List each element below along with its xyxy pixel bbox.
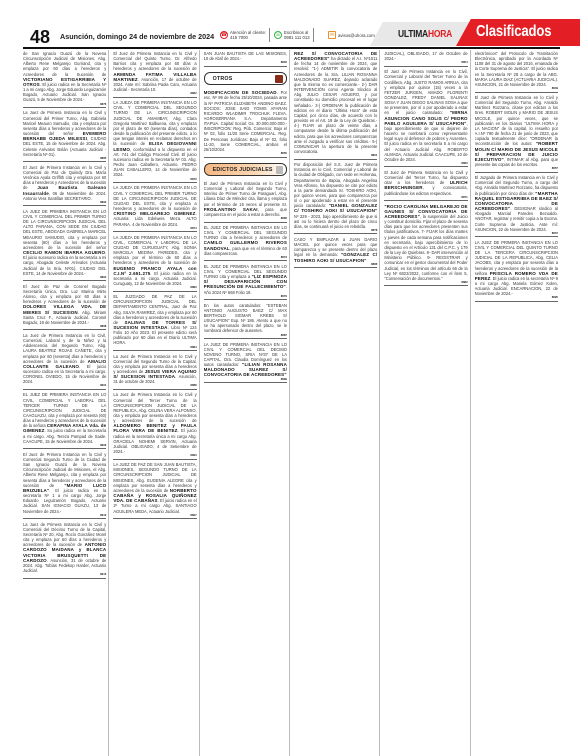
- ad-code: 8895: [475, 296, 558, 299]
- classified-ad: La Juez de Primera Instancia en lo Civil…: [23, 109, 106, 162]
- section-header: EDICTOS JUDICIALES: [204, 163, 287, 176]
- ad-code: 8901: [23, 384, 106, 387]
- classifieds-columns: de San Ignacio Guazú de la Novena Circun…: [23, 50, 560, 756]
- ad-code: 8888: [113, 384, 196, 387]
- ad-code: 8873: [204, 256, 287, 259]
- column-6: electrónicos" del Protocolo de Tramitaci…: [475, 50, 560, 756]
- ad-code: 8910: [23, 514, 106, 517]
- ad-body-tail: Nº 329 - 2023, bajo apercibimiento de qu…: [294, 214, 377, 229]
- ad-body-tail: . Por esc. Nº 99 de fecha 25/10/2024, pa…: [204, 90, 287, 152]
- classified-ad: electrónicos" del Protocolo de Tramitaci…: [475, 50, 558, 93]
- classified-ad: El Juez de Primera Instancia en lo Civil…: [384, 169, 467, 201]
- ad-code: 8915: [23, 573, 106, 576]
- ad-code: 8866: [204, 217, 287, 220]
- ad-body: El Juez de Primera Instancia en lo Civil…: [384, 69, 467, 115]
- ad-code: 8898: [23, 325, 106, 328]
- classified-ad: SAN JUAN BAUTISTA DE LAS MISIONES, 10 de…: [204, 50, 287, 67]
- mail-icon: ✉: [328, 31, 336, 39]
- section-icon: [276, 166, 283, 174]
- classified-ad: JUDICIAL), OBLIGADO, 17 de Octubre de 20…: [384, 50, 467, 67]
- ad-code: 8876: [23, 103, 106, 106]
- contact-email-value: avisos@uhora.com.py: [338, 33, 381, 38]
- ad-code: 8886: [294, 263, 377, 266]
- classified-ad: EL JUEZ DE PRIMERA INSTANCIA EN LO CIVIL…: [23, 391, 106, 449]
- classified-ad: LA JUEZA DE PRIMERA INSTANCIA EN LO CIVI…: [113, 234, 196, 292]
- ad-code: 8871: [384, 196, 467, 199]
- classified-ad: LA JUEZ DE PRIMERA INSTANCIA EN LO CIVIL…: [475, 239, 558, 302]
- classified-ad: EL JUZGADO DE PAZ DE LA CIRCUNSCRIPCION …: [113, 293, 196, 351]
- ad-body: En los autos caratulados: "ESTEBAN ANTON…: [204, 303, 287, 334]
- ad-body: SAN JUAN BAUTISTA DE LAS MISIONES, 10 de…: [204, 51, 287, 61]
- publication-date: Asunción, domingo 24 de noviembre de 202…: [60, 32, 214, 41]
- classified-ad: EL JUEZ DE PRIMERA INSTANCIA EN LO CIVIL…: [204, 224, 287, 261]
- classified-ad: LA JUEZ DE PRIMERA INSTANCIA EN LO CIVIL…: [23, 208, 106, 281]
- ad-code: 8887: [204, 334, 287, 337]
- ad-code: 8880: [113, 286, 196, 289]
- section-icon: [275, 75, 283, 83]
- classified-ad: de San Ignacio Guazú de la Novena Circun…: [23, 50, 106, 108]
- ad-body: El Juez de Primera Instancia en lo Civil…: [113, 51, 196, 71]
- classified-ad: En los autos caratulados: "ESTEBAN ANTON…: [204, 302, 287, 339]
- brand-left: ULTIMA: [398, 29, 428, 40]
- contact-whatsapp-value: 0981 111 013: [284, 35, 310, 40]
- classified-ad: "ROCIO CAROLINA MELGAREJO DE GAUNES S/ C…: [384, 203, 467, 287]
- classified-ad: El Juez de Primera Instancia en lo Civil…: [113, 50, 196, 98]
- section-label: EDICTOS JUDICIALES: [213, 167, 273, 173]
- column-5: JUDICIAL), OBLIGADO, 17 de Octubre de 20…: [384, 50, 470, 756]
- ad-body: de San Ignacio Guazú de la Novena Circun…: [23, 51, 106, 77]
- section-label: OTROS: [213, 76, 233, 82]
- brand-logo: ULTIMAHORA: [398, 29, 452, 40]
- ad-body: EL JUEZ DE PRIMERA INSTANCIA EN LO CIVIL…: [204, 225, 287, 240]
- column-1: de San Ignacio Guazú de la Novena Circun…: [23, 50, 109, 756]
- classified-ad: La Juez de Primera Instancia en lo Civil…: [23, 332, 106, 390]
- ad-body-tail: ha dictado el A.I. Nº1011 de fecha 14 de…: [294, 56, 377, 154]
- classified-ad: CASO Y EMPLAZAR a JUAN DARIO MACIEL por …: [294, 236, 377, 268]
- classified-ad: El Juez de Primera Instancia en lo Civil…: [475, 94, 558, 173]
- ad-body: El Juez de Paz de Coronel Bogado Secreta…: [23, 284, 106, 304]
- contact-phone-value: 415 7000: [230, 35, 248, 40]
- classified-ad: El Juez de Primera Instancia en lo Civil…: [204, 180, 287, 223]
- page-header: 48 Asunción, domingo 24 de noviembre de …: [0, 0, 580, 46]
- classified-ad: LA JUEZ DE PAZ DE SAN JUAN BAUTISTA, MIS…: [113, 461, 196, 519]
- section-header: OTROS: [204, 72, 287, 85]
- ad-code: 8885: [23, 157, 106, 160]
- ad-body-tail: , la suspensión del Juicio y constituir …: [384, 214, 467, 281]
- ad-body: JUDICIAL), OBLIGADO, 17 de Octubre de 20…: [384, 51, 467, 61]
- contact-whatsapp: ☏ Escribinos al0981 111 013: [274, 28, 314, 42]
- ad-body: LA JUEZ DE PRIMERA INSTANCIA EN LO CIVIL…: [23, 209, 106, 250]
- ad-code: 8863: [384, 162, 467, 165]
- section-title: Clasificados: [476, 23, 551, 41]
- classified-ad: La Juez de Primera Instancia en lo Civil…: [113, 353, 196, 390]
- ad-code: 8849: [475, 87, 558, 90]
- ad-code: 8861: [294, 154, 377, 157]
- classified-ad: El Juez de Paz de Coronel Bogado Secreta…: [23, 283, 106, 331]
- classified-ad: El Juez de Primera Instancia en lo Civil…: [23, 164, 106, 207]
- ad-body: El Juez de Primera Instancia en lo Civil…: [204, 181, 287, 207]
- ad-code: 8802: [204, 61, 287, 64]
- ad-body-tail: , bajo apercibimiento de que si dejaren …: [384, 121, 467, 162]
- ad-code: 8854: [384, 61, 467, 64]
- ad-code: 8857: [475, 167, 558, 170]
- ad-code: 8897: [113, 514, 196, 517]
- classified-ad: LA JUEZA DE PRIMERA INSTANCIA EN LO CIVI…: [113, 184, 196, 232]
- classified-ad: Por disposición del S.S. Juez de Primera…: [294, 161, 377, 234]
- ad-code: 8882: [384, 281, 467, 284]
- brand-right: HORA: [428, 29, 452, 40]
- ad-code: 8894: [23, 276, 106, 279]
- ad-code: 8878: [294, 229, 377, 232]
- ad-code: 8870: [113, 178, 196, 181]
- classified-ad: La Juez de Primera Instancia en lo Civil…: [23, 521, 106, 579]
- ad-body: El Juez de Primera Instancia en lo Civil…: [475, 95, 558, 146]
- contact-phone: ☎ Atención al cliente:415 7000: [220, 28, 270, 42]
- ad-body: La Juez de Primera Instancia en lo Civil…: [113, 392, 196, 423]
- column-4: REZ S/ CONVOCATORIA DE ACREEDORES" ha di…: [294, 50, 380, 756]
- classified-ad: El Juzgado de Primera Instancia en lo Ci…: [475, 174, 558, 237]
- ad-code: 8879: [204, 295, 287, 298]
- column-3: SAN JUAN BAUTISTA DE LAS MISIONES, 10 de…: [204, 50, 290, 756]
- classified-ad: REZ S/ CONVOCATORIA DE ACREEDORES" ha di…: [294, 50, 377, 160]
- whatsapp-icon: ☏: [274, 31, 282, 39]
- classified-ad: EL JUEZ DE PRIMERA INSTANCIA EN LO CIVIL…: [204, 263, 287, 300]
- classified-ad: MODIFICACION DE SOCIEDAD. Por esc. Nº 99…: [204, 89, 287, 157]
- ad-code: 8906: [23, 444, 106, 447]
- ad-code: 8874: [113, 227, 196, 230]
- ad-body: LA JUEZA DE PRIMERA INSTANCIA EN LO CIVI…: [113, 185, 196, 211]
- ad-code: 8855: [204, 152, 287, 155]
- ad-code: 8884: [113, 346, 196, 349]
- header-rule: [23, 47, 560, 49]
- ad-code: 8890: [23, 201, 106, 204]
- ad-body: electrónicos" del Protocolo de Tramitaci…: [475, 51, 558, 87]
- ad-code: 8893: [113, 454, 196, 457]
- classified-ad: El Juez de Primera Instancia en lo Civil…: [23, 451, 106, 519]
- ad-body: LA JUEZA DE PRIMERA INSTANCIA EN LO CIVI…: [113, 235, 196, 266]
- classified-ad: La Juez de Primera Instancia en lo Civil…: [113, 391, 196, 459]
- classified-ad: LA JUEZ DE PRIMERA INSTANCIA EN LO CIVIL…: [204, 341, 287, 384]
- ad-body: LA JUEZA DE PRIMERA INSTANCIA EN LO CIVI…: [113, 100, 196, 146]
- classified-ad: LA JUEZA DE PRIMERA INSTANCIA EN LO CIVI…: [113, 99, 196, 183]
- ad-code: 8899: [204, 378, 287, 381]
- ad-code: 8862: [113, 92, 196, 95]
- ad-body-tail: , conformidad a lo dispuesto en el Art. …: [113, 147, 196, 178]
- ad-body: Por disposición del S.S. Juez de Primera…: [294, 162, 377, 208]
- column-2: El Juez de Primera Instancia en lo Civil…: [113, 50, 199, 756]
- page-number: 48: [30, 27, 50, 48]
- classified-ad: El Juez de Primera Instancia en lo Civil…: [384, 68, 467, 167]
- ad-code: 8872: [475, 232, 558, 235]
- phone-icon: ☎: [220, 31, 228, 39]
